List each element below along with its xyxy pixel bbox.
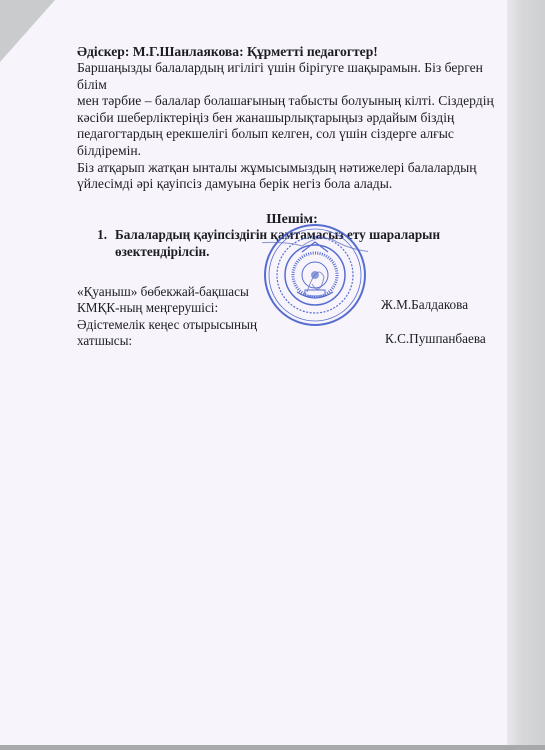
head-name: Ж.М.Балдакова: [381, 297, 468, 313]
signature-label-line: КМҚК-ның меңгерушісі:: [77, 300, 218, 315]
intro-line: кәсіби шеберліктеріңіз бен жанашырлықтар…: [77, 110, 454, 125]
decision-item-number: 1.: [77, 227, 115, 260]
secretary-name: К.С.Пушпанбаева: [385, 331, 486, 347]
intro-line: үйлесімді әрі қауіпсіз дамуына берік нег…: [77, 176, 392, 191]
scanner-edge-bottom: [0, 745, 545, 750]
signature-label-line: хатшысы:: [77, 333, 132, 348]
intro-line: Баршаңызды балалардың игілігі үшін біріг…: [77, 60, 483, 92]
intro-title: Әдіскер: М.Г.Шанлаякова: Құрметті педаго…: [77, 44, 507, 60]
scanner-edge-right: [507, 0, 545, 750]
intro-line: педагогтардың ерекшелігі болып келген, с…: [77, 126, 454, 158]
intro-line: Біз атқарып жатқан ынталы жұмысымыздың н…: [77, 160, 477, 175]
intro-line: мен тәрбие – балалар болашағының табысты…: [77, 93, 494, 108]
intro-body: Баршаңызды балалардың игілігі үшін біріг…: [77, 60, 507, 193]
document-content: Әдіскер: М.Г.Шанлаякова: Құрметті педаго…: [77, 44, 507, 193]
official-seal-icon: [262, 222, 368, 328]
signature-label-line: «Қуаныш» бөбекжай-бақшасы: [77, 284, 249, 299]
signature-label-line: Әдістемелік кеңес отырысының: [77, 317, 257, 332]
